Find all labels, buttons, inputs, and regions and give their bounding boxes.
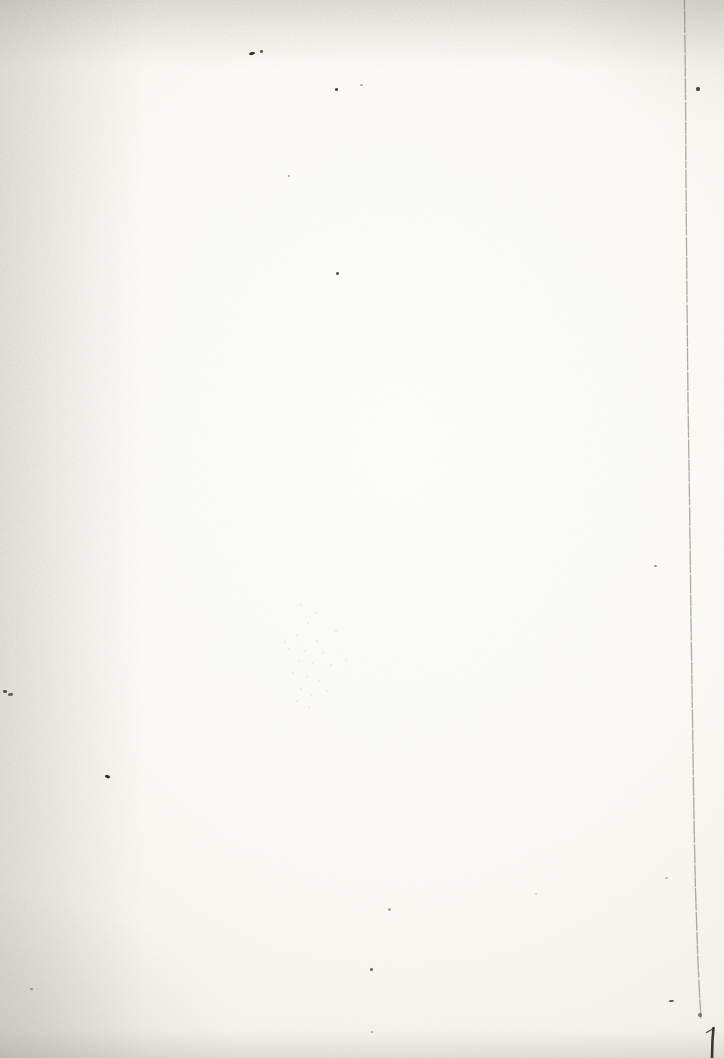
ink-speck <box>698 1013 702 1017</box>
ink-speck <box>300 604 302 606</box>
specks-layer <box>0 0 724 1058</box>
ink-speck <box>318 680 320 682</box>
ink-speck <box>292 672 294 674</box>
ink-speck <box>388 908 391 911</box>
ink-speck <box>298 660 300 662</box>
ink-speck <box>308 706 310 708</box>
ink-speck <box>326 690 328 692</box>
ink-speck <box>696 87 700 91</box>
ink-speck <box>665 877 668 879</box>
ink-speck <box>371 1031 373 1033</box>
ink-speck <box>310 694 312 696</box>
ink-speck <box>316 640 318 642</box>
ink-speck <box>296 634 298 636</box>
ink-speck <box>654 565 657 567</box>
ink-speck <box>370 968 373 971</box>
ink-speck <box>535 893 537 895</box>
ink-speck <box>335 88 338 91</box>
ink-speck <box>330 664 332 666</box>
ink-speck <box>336 272 339 275</box>
ink-speck <box>335 630 337 632</box>
bottom-left-corner-shading <box>0 888 240 1058</box>
bottom-edge-shading <box>0 1030 724 1058</box>
ink-speck <box>312 662 314 664</box>
ink-speck <box>30 988 33 990</box>
ink-speck <box>288 175 290 177</box>
ink-speck <box>345 659 347 661</box>
left-edge-shading <box>0 0 145 1058</box>
ink-speck <box>315 612 317 614</box>
paper-grain-texture <box>0 0 724 1058</box>
top-right-corner-shading <box>554 0 724 130</box>
page-edge-line <box>685 0 702 1018</box>
ink-speck <box>288 648 290 650</box>
ink-speck <box>296 700 298 702</box>
ink-speck <box>360 84 363 86</box>
ink-speck <box>284 641 286 643</box>
scanned-page <box>0 0 724 1058</box>
binding-edge-hook <box>707 1029 714 1033</box>
top-edge-shading <box>0 0 724 66</box>
ink-speck <box>105 774 110 778</box>
binding-edge-line <box>712 1028 714 1058</box>
ink-speck <box>669 1000 674 1002</box>
scan-lines-layer <box>0 0 724 1058</box>
ink-speck <box>307 622 309 624</box>
ink-speck <box>3 690 7 694</box>
ink-speck <box>322 652 324 654</box>
ink-speck <box>8 693 13 696</box>
ink-speck <box>249 51 256 55</box>
ink-speck <box>260 50 263 53</box>
ink-speck <box>304 650 306 652</box>
ink-speck <box>306 676 308 678</box>
ink-speck <box>300 688 302 690</box>
